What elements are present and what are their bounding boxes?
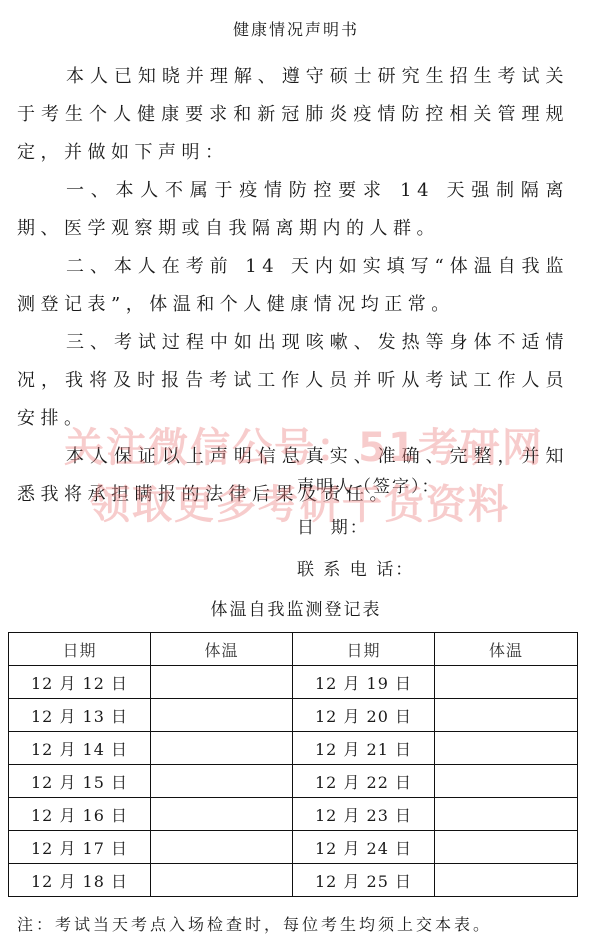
temperature-cell[interactable]	[435, 732, 578, 765]
temperature-cell[interactable]	[151, 831, 293, 864]
phone-label: 联 系 电 话：	[297, 558, 414, 582]
temperature-cell[interactable]	[151, 798, 293, 831]
footnote: 注：考试当天考点入场检查时，每位考生均须上交本表。	[17, 913, 492, 937]
header-temp-2: 体温	[435, 633, 578, 666]
header-date-2: 日期	[293, 633, 435, 666]
date-cell: 12 月 24 日	[293, 831, 435, 864]
date-cell: 12 月 25 日	[293, 864, 435, 897]
paragraph-intro: 本人已知晓并理解、遵守硕士研究生招生考试关于考生个人健康要求和新冠肺炎疫情防控相…	[17, 58, 569, 172]
date-cell: 12 月 14 日	[9, 732, 151, 765]
table-title: 体温自我监测登记表	[0, 598, 592, 622]
temperature-cell[interactable]	[435, 831, 578, 864]
header-date-1: 日期	[9, 633, 151, 666]
paragraph-item-1: 一、本人不属于疫情防控要求 14 天强制隔离期、医学观察期或自我隔离期内的人群。	[17, 172, 569, 248]
date-cell: 12 月 23 日	[293, 798, 435, 831]
temperature-log-table: 日期 体温 日期 体温 12 月 12 日 12 月 19 日 12 月 13 …	[8, 632, 578, 897]
date-cell: 12 月 17 日	[9, 831, 151, 864]
date-label: 日 期：	[297, 516, 369, 540]
temperature-cell[interactable]	[151, 699, 293, 732]
table-row: 12 月 15 日 12 月 22 日	[9, 765, 578, 798]
temperature-cell[interactable]	[151, 765, 293, 798]
document-title: 健康情况声明书	[0, 18, 592, 42]
table-header-row: 日期 体温 日期 体温	[9, 633, 578, 666]
temperature-cell[interactable]	[151, 732, 293, 765]
table-row: 12 月 12 日 12 月 19 日	[9, 666, 578, 699]
temperature-cell[interactable]	[435, 666, 578, 699]
paragraph-item-2: 二、本人在考前 14 天内如实填写“体温自我监测登记表”，体温和个人健康情况均正…	[17, 248, 569, 324]
temperature-cell[interactable]	[151, 666, 293, 699]
table-row: 12 月 16 日 12 月 23 日	[9, 798, 578, 831]
date-cell: 12 月 16 日	[9, 798, 151, 831]
date-cell: 12 月 22 日	[293, 765, 435, 798]
temperature-cell[interactable]	[151, 864, 293, 897]
table-row: 12 月 18 日 12 月 25 日	[9, 864, 578, 897]
date-cell: 12 月 13 日	[9, 699, 151, 732]
table-row: 12 月 14 日 12 月 21 日	[9, 732, 578, 765]
paragraph-item-3: 三、考试过程中如出现咳嗽、发热等身体不适情况，我将及时报告考试工作人员并听从考试…	[17, 324, 569, 438]
header-temp-1: 体温	[151, 633, 293, 666]
date-cell: 12 月 12 日	[9, 666, 151, 699]
temperature-cell[interactable]	[435, 864, 578, 897]
date-cell: 12 月 19 日	[293, 666, 435, 699]
table-row: 12 月 13 日 12 月 20 日	[9, 699, 578, 732]
date-cell: 12 月 20 日	[293, 699, 435, 732]
signer-signature-label: 声明人（签字）：	[297, 475, 441, 499]
temperature-cell[interactable]	[435, 765, 578, 798]
temperature-cell[interactable]	[435, 798, 578, 831]
declaration-body: 本人已知晓并理解、遵守硕士研究生招生考试关于考生个人健康要求和新冠肺炎疫情防控相…	[17, 58, 569, 514]
date-cell: 12 月 18 日	[9, 864, 151, 897]
temperature-cell[interactable]	[435, 699, 578, 732]
date-cell: 12 月 21 日	[293, 732, 435, 765]
paragraph-guarantee: 本人保证以上声明信息真实、准确、完整，并知悉我将承担瞒报的法律后果及责任。	[17, 438, 569, 514]
table-row: 12 月 17 日 12 月 24 日	[9, 831, 578, 864]
date-cell: 12 月 15 日	[9, 765, 151, 798]
